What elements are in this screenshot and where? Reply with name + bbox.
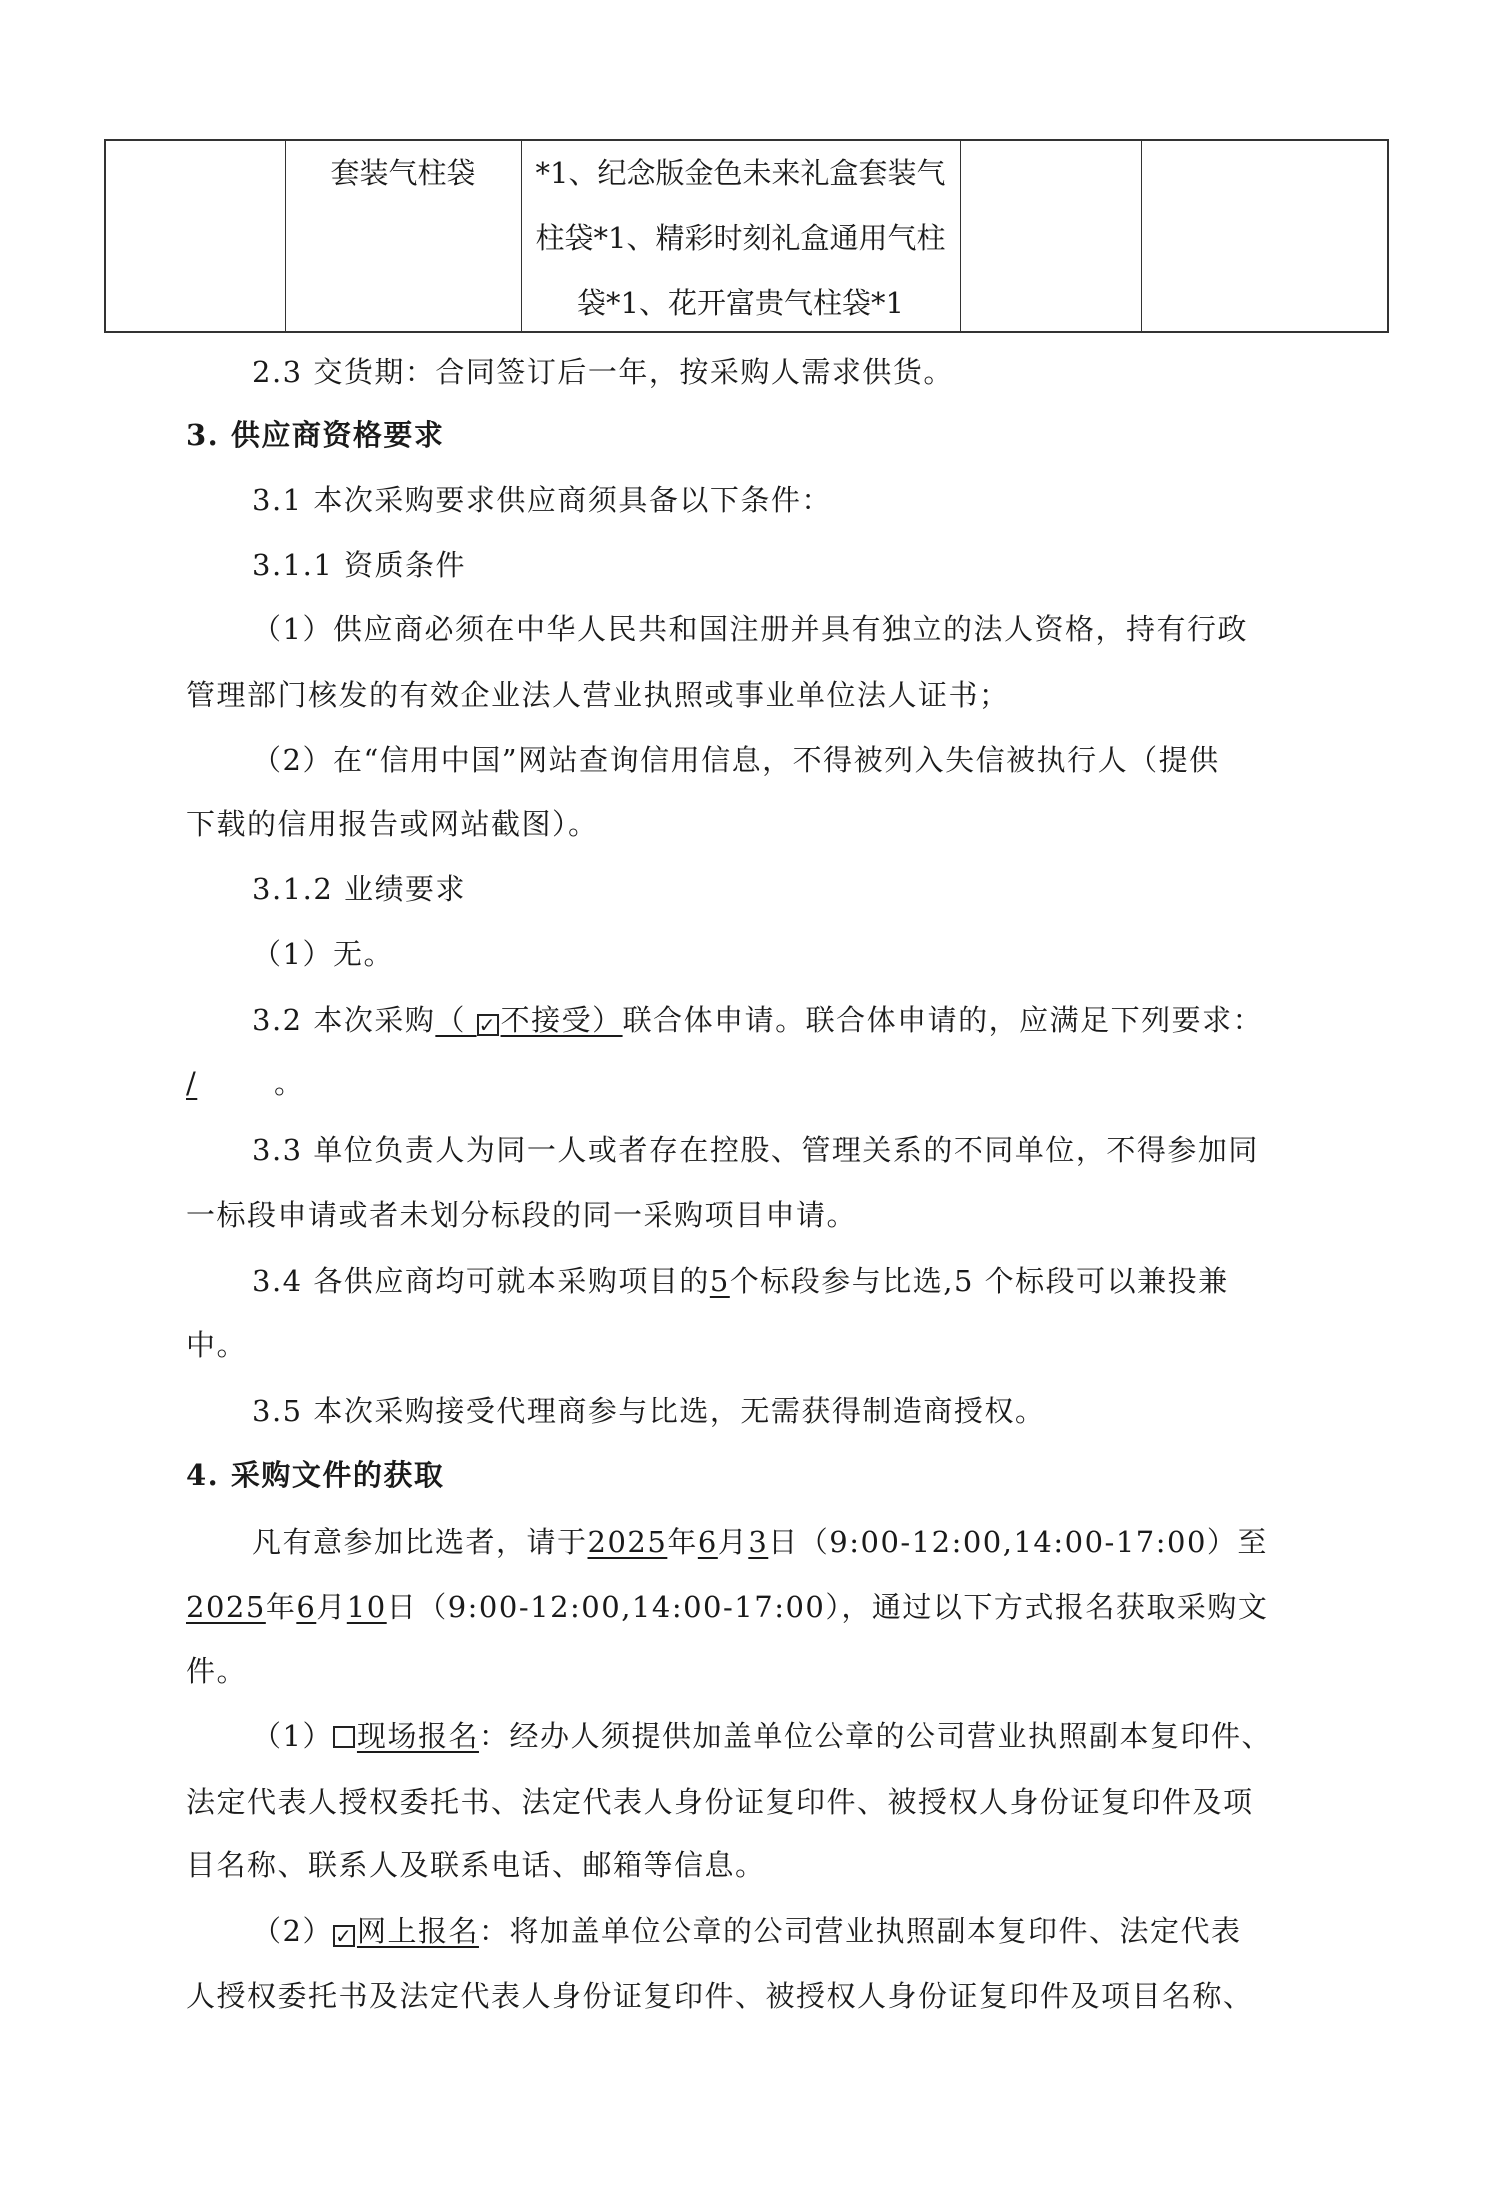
lot-count: 5 — [710, 1264, 730, 1298]
month-unit: 月 — [718, 1525, 749, 1559]
table-cell-spec-2: 柱袋*1、精彩时刻礼盒通用气柱 — [521, 206, 960, 271]
consortium-option-label: 不接受） — [501, 1003, 623, 1037]
onsite-registration: （1）现场报名：经办人须提供加盖单位公章的公司营业执照副本复印件、 — [252, 1716, 1272, 1756]
start-day: 3 — [748, 1525, 768, 1559]
table-cell-name: 套装气柱袋 — [285, 141, 521, 206]
online-desc: ：将加盖单位公章的公司营业执照副本复印件、法定代表 — [479, 1914, 1242, 1948]
para-3-5: 3.5 本次采购接受代理商参与比选，无需获得制造商授权。 — [252, 1391, 1045, 1431]
registration-period-end: 2025年6月10日（9:00-12:00,14:00-17:00），通过以下方… — [186, 1587, 1268, 1627]
para-3-3: 3.3 单位负责人为同一人或者存在控股、管理关系的不同单位，不得参加同 — [252, 1130, 1259, 1170]
para-3-1: 3.1 本次采购要求供应商须具备以下条件： — [252, 480, 832, 520]
para-3-3-cont: 一标段申请或者未划分标段的同一采购项目申请。 — [186, 1195, 857, 1235]
para-3-2: 3.2 本次采购（ ✓不接受）联合体申请。联合体申请的，应满足下列要求： — [252, 1000, 1263, 1040]
para-3-1-2: 3.1.2 业绩要求 — [252, 869, 466, 909]
online-option: ✓网上报名 — [333, 1914, 479, 1948]
para-3-4: 3.4 各供应商均可就本采购项目的5个标段参与比选,5 个标段可以兼投兼 — [252, 1261, 1229, 1301]
item-num: （2） — [252, 1914, 333, 1948]
online-registration: （2）✓网上报名：将加盖单位公章的公司营业执照副本复印件、法定代表 — [252, 1911, 1241, 1951]
online-desc-cont: 人授权委托书及法定代表人身份证复印件、被授权人身份证复印件及项目名称、 — [186, 1976, 1254, 2016]
blank-field: / — [186, 1063, 274, 1103]
para-qual-1: （1）供应商必须在中华人民共和国注册并具有独立的法人资格，持有行政 — [252, 609, 1248, 649]
start-month: 6 — [698, 1525, 718, 1559]
end-year: 2025 — [186, 1590, 266, 1624]
table-cell-spec-3: 袋*1、花开富贵气柱袋*1 — [521, 271, 960, 336]
end-day: 10 — [347, 1590, 387, 1624]
section-4-heading: 4. 采购文件的获取 — [186, 1455, 444, 1495]
checkbox-checked-icon[interactable]: ✓ — [477, 1014, 499, 1036]
para-perf-1: （1）无。 — [252, 934, 394, 974]
consortium-requirements: /。 — [186, 1063, 305, 1103]
year-unit: 年 — [266, 1590, 297, 1624]
start-hours: 日（9:00-12:00,14:00-17:00）至 — [768, 1525, 1268, 1559]
checkbox-checked-icon[interactable]: ✓ — [333, 1925, 355, 1947]
end-month: 6 — [296, 1590, 316, 1624]
para-qual-1-cont: 管理部门核发的有效企业法人营业执照或事业单位法人证书； — [186, 675, 1010, 715]
para-3-4-tail: 个标段参与比选,5 个标段可以兼投兼 — [730, 1264, 1229, 1298]
item-num: （1） — [252, 1719, 333, 1753]
para-3-2-tail: 联合体申请。联合体申请的，应满足下列要求： — [623, 1003, 1264, 1037]
onsite-desc-cont-2: 目名称、联系人及联系电话、邮箱等信息。 — [186, 1845, 766, 1885]
section-3-heading: 3. 供应商资格要求 — [186, 415, 444, 455]
year-unit: 年 — [667, 1525, 698, 1559]
para-3-1-1: 3.1.1 资质条件 — [252, 545, 466, 585]
para-3-2-lead: 3.2 本次采购 — [252, 1003, 435, 1037]
para-qual-2: （2）在“信用中国”网站查询信用信息，不得被列入失信被执行人（提供 — [252, 740, 1220, 780]
onsite-desc: ：经办人须提供加盖单位公章的公司营业执照副本复印件、 — [479, 1719, 1272, 1753]
consortium-option: （ ✓不接受） — [435, 1003, 622, 1037]
para-3-4-cont: 中。 — [186, 1325, 247, 1365]
registration-period-start: 凡有意参加比选者，请于2025年6月3日（9:00-12:00,14:00-17… — [252, 1522, 1268, 1562]
end-hours: 日（9:00-12:00,14:00-17:00），通过以下方式报名获取采购文 — [387, 1590, 1269, 1624]
para-3-4-lead: 3.4 各供应商均可就本采购项目的 — [252, 1264, 710, 1298]
para-qual-2-cont: 下载的信用报告或网站截图）。 — [186, 804, 599, 844]
onsite-label: 现场报名 — [357, 1719, 479, 1753]
onsite-option: 现场报名 — [333, 1719, 479, 1753]
start-year: 2025 — [588, 1525, 668, 1559]
item-table-row: 套装气柱袋 *1、纪念版金色未来礼盒套装气 柱袋*1、精彩时刻礼盒通用气柱 袋*… — [104, 139, 1389, 333]
online-label: 网上报名 — [357, 1914, 479, 1948]
table-cell-spec-1: *1、纪念版金色未来礼盒套装气 — [521, 141, 960, 206]
month-unit: 月 — [316, 1590, 347, 1624]
checkbox-unchecked-icon[interactable] — [333, 1726, 355, 1748]
table-divider — [1141, 141, 1142, 331]
onsite-desc-cont-1: 法定代表人授权委托书、法定代表人身份证复印件、被授权人身份证复印件及项 — [186, 1782, 1254, 1822]
period: 。 — [274, 1066, 305, 1100]
reg-lead: 凡有意参加比选者，请于 — [252, 1525, 588, 1559]
registration-cont: 件。 — [186, 1651, 247, 1691]
delivery-period: 2.3 交货期：合同签订后一年，按采购人需求供货。 — [252, 352, 954, 392]
table-divider — [960, 141, 961, 331]
paren-open: （ — [435, 1003, 476, 1037]
